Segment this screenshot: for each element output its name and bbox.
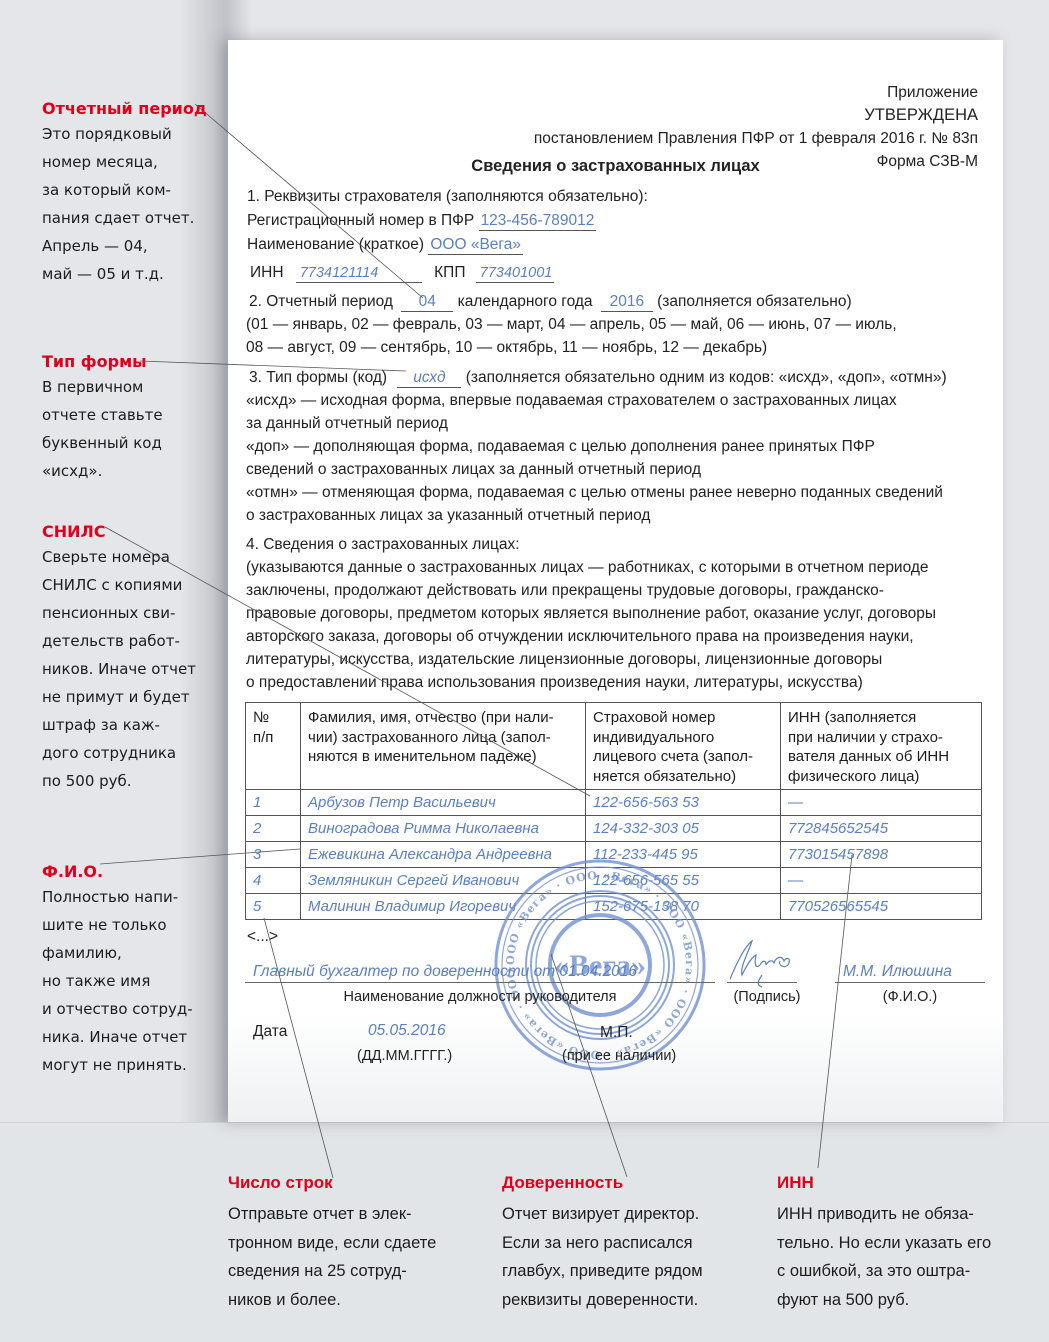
row-number: 4 xyxy=(246,868,301,894)
callout-inn: ИНН ИНН приводить не обяза- тельно. Но е… xyxy=(777,1172,1037,1314)
fio-label: (Ф.И.О.) xyxy=(835,986,985,1009)
col-snils: Страховой номер индивидуального лицевого… xyxy=(586,703,781,790)
year-value: 2016 xyxy=(601,293,653,312)
mp-label: М.П. xyxy=(600,1021,633,1044)
callout-form-type: Тип формы В первичном отчете ставьте бук… xyxy=(42,351,222,485)
callout-fio: Ф.И.О. Полностью напи- шите не только фа… xyxy=(42,861,222,1079)
row-snils: 124-332-303 05 xyxy=(586,816,781,842)
header-decree: постановлением Правления ПФР от 1 феврал… xyxy=(500,127,978,150)
callout-title: Отчетный период xyxy=(42,98,222,120)
callout-text: Полностью напи- шите не только фамилию, … xyxy=(42,883,222,1079)
col-number: № п/п xyxy=(246,703,301,790)
header-appendix: Приложение xyxy=(500,81,978,104)
callout-title: СНИЛС xyxy=(42,521,222,543)
section-insured-persons: 4. Сведения о застрахованных лицах: (ука… xyxy=(246,533,991,694)
date-label: Дата xyxy=(253,1020,287,1043)
fio-value: М.М. Илюшина xyxy=(843,960,952,983)
table-header-row: № п/п Фамилия, имя, отчество (при нали- … xyxy=(246,703,982,790)
callout-title: Тип формы xyxy=(42,351,222,373)
section4-heading: 4. Сведения о застрахованных лицах: xyxy=(246,533,991,556)
callout-title: ИНН xyxy=(777,1172,1037,1194)
callout-text: Сверьте номера СНИЛС с копиями пенсионны… xyxy=(42,543,222,795)
section4-line: о предоставлении права использования про… xyxy=(246,671,991,694)
form-type-note: (заполняется обязательно одним из кодов:… xyxy=(466,369,947,386)
callout-period: Отчетный период Это порядковый номер мес… xyxy=(42,98,222,288)
callout-text: Отчет визирует директор. Если за него ра… xyxy=(502,1200,752,1314)
callout-text: Отправьте отчет в элек- тронном виде, ес… xyxy=(228,1200,478,1314)
form-type-desc: «исхд» — исходная форма, впервые подавае… xyxy=(246,389,994,527)
date-value: 05.05.2016 xyxy=(368,1019,446,1042)
months-line-1: (01 — январь, 02 — февраль, 03 — март, 0… xyxy=(246,313,994,336)
period-value: 04 xyxy=(401,293,453,312)
more-rows-ellipsis: <...> xyxy=(247,925,278,948)
section-form-type: 3. Тип формы (код) исхд (заполняется обя… xyxy=(249,366,994,527)
fio-line xyxy=(835,982,985,983)
desc-line: сведений о застрахованных лицах за данны… xyxy=(246,458,994,481)
signature-line xyxy=(727,982,797,983)
row-inn: — xyxy=(781,790,982,816)
section4-line: литературы, искусства, издательские лице… xyxy=(246,648,991,671)
date-format: (ДД.ММ.ГГГГ.) xyxy=(357,1045,452,1068)
period-label: 2. Отчетный период xyxy=(249,293,393,310)
row-inn: 770526565545 xyxy=(781,894,982,920)
kpp-label: КПП xyxy=(434,264,465,281)
desc-line: «исхд» — исходная форма, впервые подавае… xyxy=(246,389,994,412)
section-period: 2. Отчетный период 04 календарного года … xyxy=(249,290,994,359)
mp-note: (при ее наличии) xyxy=(562,1045,676,1068)
signature-label: (Подпись) xyxy=(727,986,807,1009)
row-number: 3 xyxy=(246,842,301,868)
callout-title: Доверенность xyxy=(502,1172,752,1194)
desc-line: «отмн» — отменяющая форма, подаваемая с … xyxy=(246,481,994,504)
callout-text: В первичном отчете ставьте буквенный код… xyxy=(42,373,222,485)
row-inn: 773015457898 xyxy=(781,842,982,868)
row-number: 5 xyxy=(246,894,301,920)
callout-text: Это порядковый номер месяца, за который … xyxy=(42,120,222,288)
callout-snils: СНИЛС Сверьте номера СНИЛС с копиями пен… xyxy=(42,521,222,795)
desc-line: за данный отчетный период xyxy=(246,412,994,435)
reg-number-value: 123-456-789012 xyxy=(479,212,597,231)
col-fio: Фамилия, имя, отчество (при нали- чии) з… xyxy=(301,703,586,790)
section1-heading: 1. Реквизиты страхователя (заполняются о… xyxy=(247,185,987,208)
section4-line: авторского заказа, договоры об отчуждени… xyxy=(246,625,991,648)
section4-line: заключены, продолжают действовать или пр… xyxy=(246,579,991,602)
callout-power-of-attorney: Доверенность Отчет визирует директор. Ес… xyxy=(502,1172,752,1314)
row-number: 1 xyxy=(246,790,301,816)
section4-line: правовые договоры, предметом которых явл… xyxy=(246,602,991,625)
org-name-label: Наименование (краткое) xyxy=(247,236,424,253)
form-title: Сведения о застрахованных лицах xyxy=(228,155,1003,178)
table-row: 1Арбузов Петр Васильевич122-656-563 53— xyxy=(246,790,982,816)
reg-number-label: Регистрационный номер в ПФР xyxy=(247,212,474,229)
kpp-value: 773401001 xyxy=(476,264,554,283)
row-snils: 122-656-563 53 xyxy=(586,790,781,816)
section-insurer: 1. Реквизиты страхователя (заполняются о… xyxy=(247,185,987,284)
position-line xyxy=(245,982,715,983)
org-name-value: ООО «Вега» xyxy=(428,236,523,255)
period-note: (заполняется обязательно) xyxy=(657,293,851,310)
desc-line: «доп» — дополняющая форма, подаваемая с … xyxy=(246,435,994,458)
callout-text: ИНН приводить не обяза- тельно. Но если … xyxy=(777,1200,1037,1314)
row-inn: — xyxy=(781,868,982,894)
inn-label: ИНН xyxy=(250,264,284,281)
inn-value: 7734121114 xyxy=(296,264,422,283)
section4-line: (указываются данные о застрахованных лиц… xyxy=(246,556,991,579)
position-label: Наименование должности руководителя xyxy=(245,986,715,1009)
year-label: календарного года xyxy=(458,293,593,310)
header-approved: УТВЕРЖДЕНА xyxy=(500,104,978,127)
months-line-2: 08 — август, 09 — сентябрь, 10 — октябрь… xyxy=(246,336,994,359)
table-row: 2Виноградова Римма Николаевна124-332-303… xyxy=(246,816,982,842)
row-fio: Виноградова Римма Николаевна xyxy=(301,816,586,842)
form-type-label: 3. Тип формы (код) xyxy=(249,369,387,386)
position-value: Главный бухгалтер по доверенности от 01.… xyxy=(253,960,637,983)
callout-title: Ф.И.О. xyxy=(42,861,222,883)
col-inn: ИНН (заполняется при наличии у страхо- в… xyxy=(781,703,982,790)
row-fio: Арбузов Петр Васильевич xyxy=(301,790,586,816)
callout-title: Число строк xyxy=(228,1172,478,1194)
row-number: 2 xyxy=(246,816,301,842)
callout-row-count: Число строк Отправьте отчет в элек- трон… xyxy=(228,1172,478,1314)
row-inn: 772845652545 xyxy=(781,816,982,842)
desc-line: о застрахованных лицах за указанный отче… xyxy=(246,504,994,527)
form-type-value: исхд xyxy=(397,369,461,388)
